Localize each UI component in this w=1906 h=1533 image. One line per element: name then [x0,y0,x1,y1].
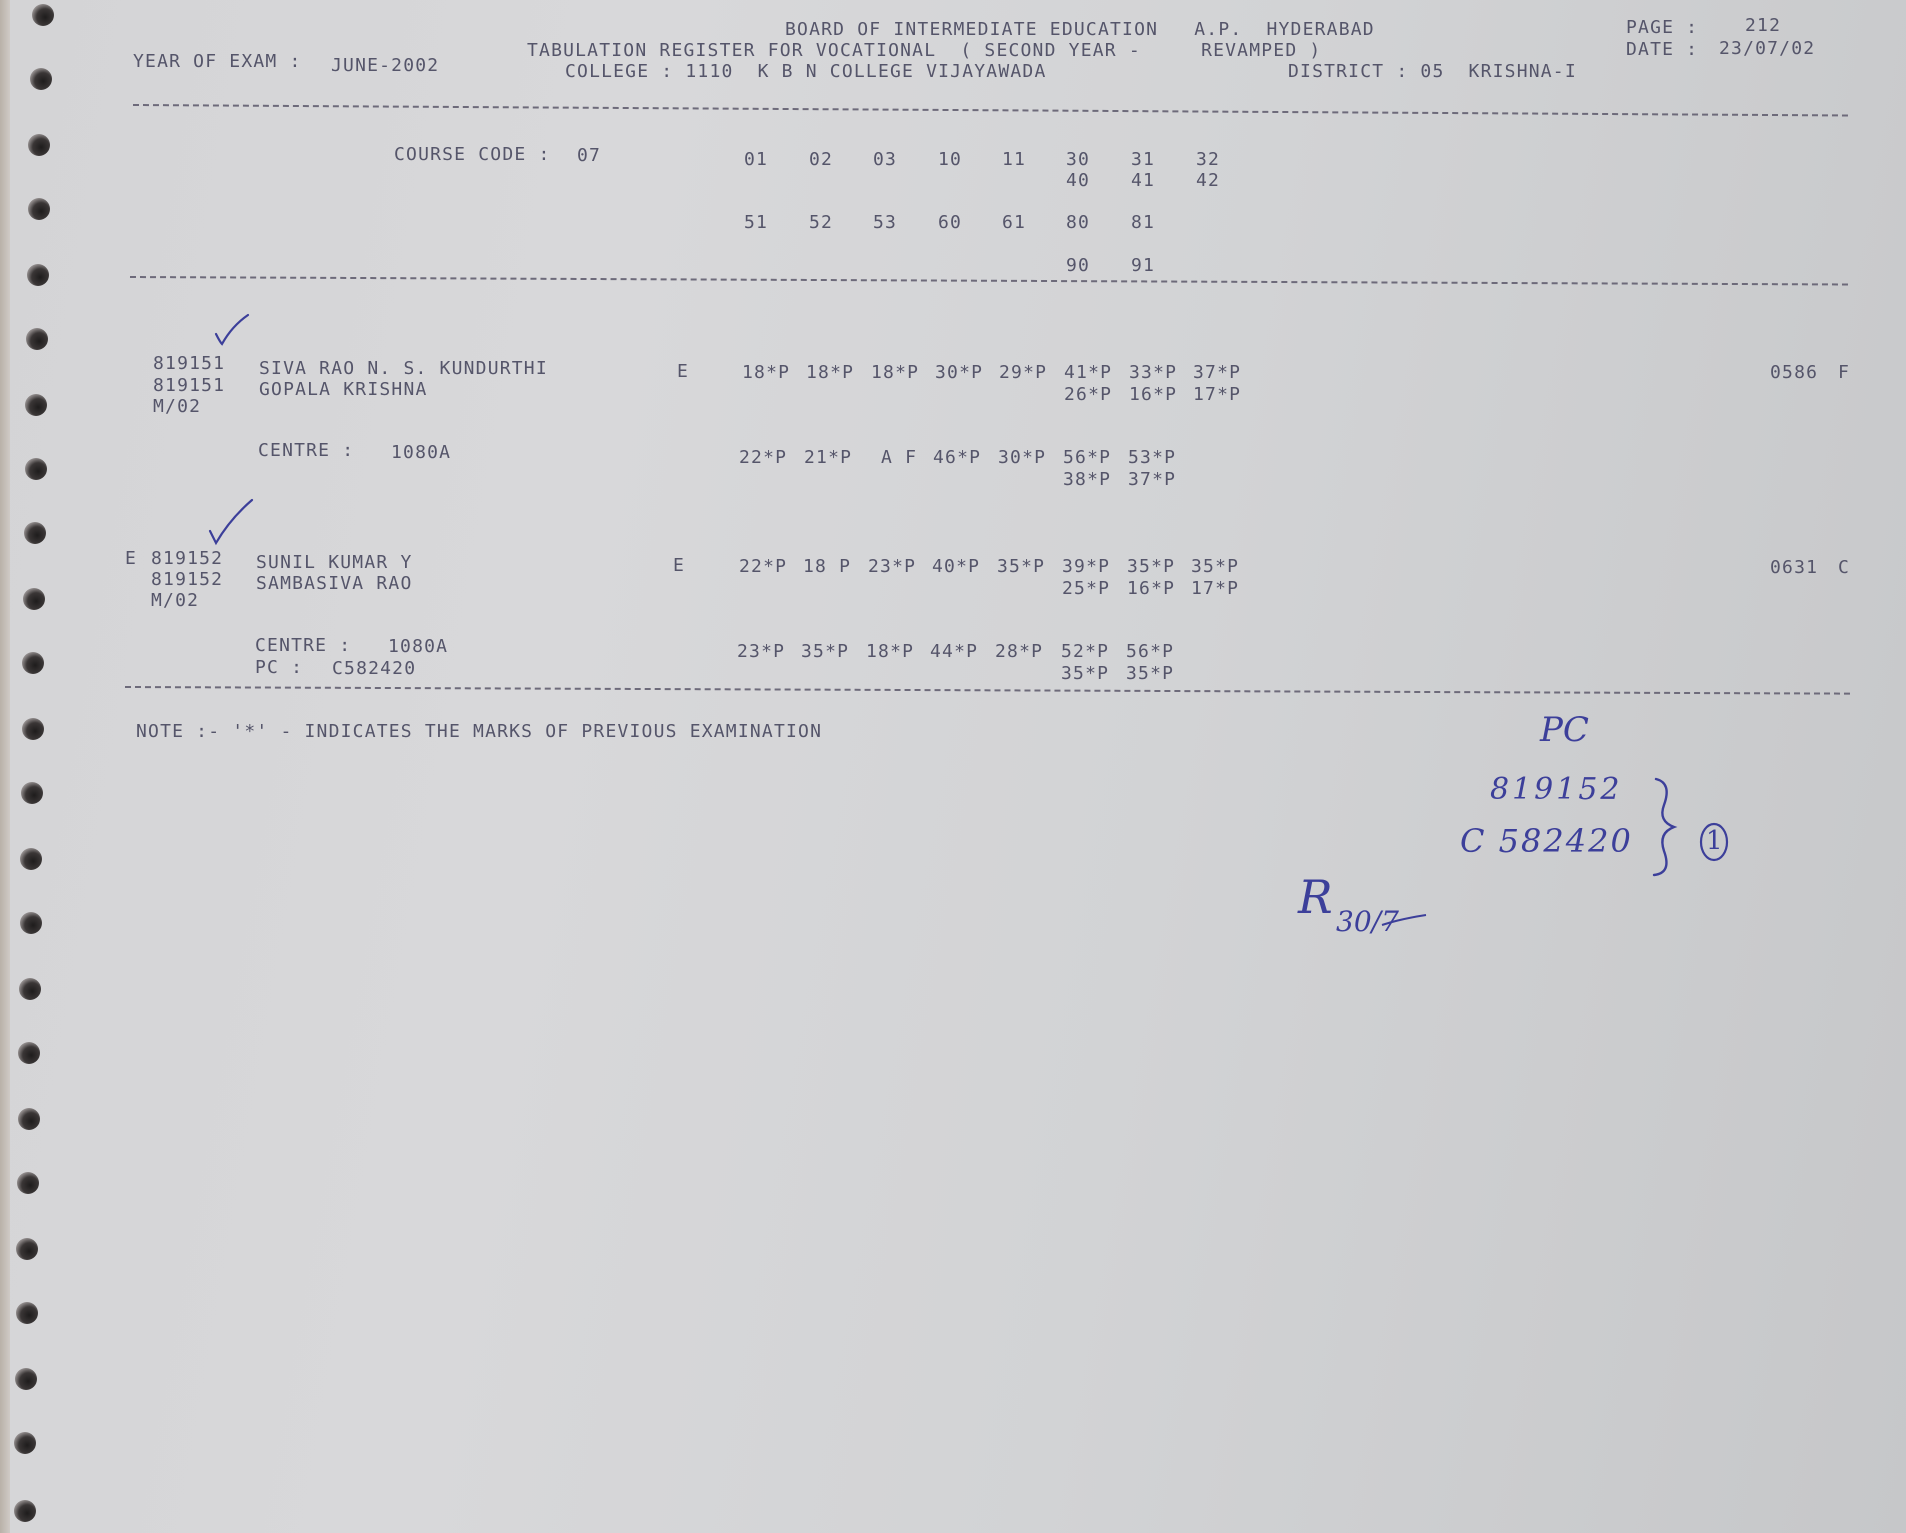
binding-hole-icon [25,394,47,416]
roll-number: 819152 [151,549,223,569]
handwritten-initials: R [1298,870,1333,924]
mark-cell: 29*P [999,363,1047,383]
mark-cell: 41*P [1064,363,1112,383]
subject-code: 51 [744,213,768,233]
date-value: 23/07/02 [1719,39,1815,59]
board-title: BOARD OF INTERMEDIATE EDUCATION A.P. HYD… [785,20,1375,40]
subject-code: 40 [1066,171,1090,191]
binding-hole-icon [22,652,44,674]
mark-cell: 40*P [932,557,980,577]
subject-code: 80 [1066,213,1090,233]
centre-label: CENTRE : [255,636,351,656]
register-title: TABULATION REGISTER FOR VOCATIONAL ( SEC… [527,41,1321,61]
mark-cell: 52*P [1061,642,1109,662]
mark-cell: 39*P [1062,557,1110,577]
handwritten-roll: 819152 [1490,772,1623,807]
binding-hole-icon [20,912,42,934]
total-marks: 0631 [1770,558,1818,578]
mark-cell: 23*P [868,557,916,577]
mark-cell: 17*P [1191,579,1239,599]
course-code-value: 07 [577,146,601,166]
subject-code: 91 [1131,256,1155,276]
mark-cell: 35*P [801,642,849,662]
binding-hole-icon [16,1238,38,1260]
subject-code: 81 [1131,213,1155,233]
subject-code: 11 [1002,150,1026,170]
father-name: GOPALA KRISHNA [259,380,428,400]
mark-cell: 56*P [1126,642,1174,662]
year-of-exam-value: JUNE-2002 [331,56,439,76]
roll-number-repeat: 819152 [151,570,223,590]
result-code: F [1838,363,1850,383]
roll-number: 819151 [153,354,225,374]
subject-code: 10 [938,150,962,170]
handwritten-count: 1 [1706,826,1723,856]
page-label: PAGE : [1626,18,1698,38]
signature-stroke-icon [1380,905,1430,935]
subject-code: 01 [744,150,768,170]
binding-hole-icon [28,134,50,156]
subject-code: 53 [873,213,897,233]
mark-cell: 35*P [997,557,1045,577]
checkmark-icon [206,497,256,547]
roll-number-repeat: 819151 [153,376,225,396]
mark-cell: 18*P [866,642,914,662]
result-code: C [1838,558,1850,578]
mark-cell: 18*P [806,363,854,383]
mark-cell: 56*P [1063,448,1111,468]
session: M/02 [153,397,201,417]
subject-code: 41 [1131,171,1155,191]
mark-cell: 37*P [1193,363,1241,383]
mark-cell: 17*P [1193,385,1241,405]
mark-cell: 22*P [739,557,787,577]
centre-label: CENTRE : [258,441,354,461]
binding-hole-icon [30,68,52,90]
binding-hole-icon [14,1500,36,1522]
subject-code: 60 [938,213,962,233]
binding-hole-icon [21,782,43,804]
page-value: 212 [1745,16,1781,36]
mark-cell: 16*P [1129,385,1177,405]
session: M/02 [151,591,199,611]
father-name: SAMBASIVA RAO [256,574,412,594]
binding-hole-icon [18,1108,40,1130]
mark-cell: 33*P [1129,363,1177,383]
mark-cell: 35*P [1126,664,1174,684]
subject-code: 03 [873,150,897,170]
binding-hole-icon [15,1368,37,1390]
mark-cell: A F [881,448,917,468]
binding-hole-icon [14,1432,36,1454]
binding-hole-icon [23,588,45,610]
footnote: NOTE :- '*' - INDICATES THE MARKS OF PRE… [136,722,822,742]
checkmark-icon [212,312,252,348]
mark-cell: 18*P [742,363,790,383]
pc-number: C582420 [332,659,416,679]
binding-hole-icon [17,1172,39,1194]
subject-code: 32 [1196,150,1220,170]
mark-cell: 37*P [1128,470,1176,490]
pc-label: PC : [255,658,303,678]
mark-cell: 26*P [1064,385,1112,405]
medium: E [677,362,689,382]
mark-cell: 25*P [1062,579,1110,599]
year-of-exam-label: YEAR OF EXAM : [133,52,302,72]
binding-hole-icon [19,978,41,1000]
mark-cell: 22*P [739,448,787,468]
mark-cell: 16*P [1127,579,1175,599]
binding-hole-icon [22,718,44,740]
binding-hole-icon [26,328,48,350]
mark-cell: 18 P [803,557,851,577]
mark-cell: 46*P [933,448,981,468]
binding-hole-icon [32,4,54,26]
mark-cell: 35*P [1061,664,1109,684]
binding-hole-icon [28,198,50,220]
mark-cell: 53*P [1128,448,1176,468]
centre-code: 1080A [391,443,451,463]
mark-cell: 44*P [930,642,978,662]
binding-hole-icon [20,848,42,870]
handwritten-pc-number: C 582420 [1460,822,1633,860]
centre-code: 1080A [388,637,448,657]
college-line: COLLEGE : 1110 K B N COLLEGE VIJAYAWADA [565,62,1046,82]
mark-cell: 30*P [998,448,1046,468]
student-name: SIVA RAO N. S. KUNDURTHI [259,359,548,379]
subject-code: 02 [809,150,833,170]
mark-cell: 18*P [871,363,919,383]
binding-hole-icon [27,264,49,286]
subject-code: 42 [1196,171,1220,191]
binding-hole-icon [16,1302,38,1324]
mark-cell: 38*P [1063,470,1111,490]
record-flag: E [125,549,137,569]
subject-code: 90 [1066,256,1090,276]
total-marks: 0586 [1770,363,1818,383]
handwritten-heading: PC [1540,710,1589,750]
mark-cell: 30*P [935,363,983,383]
mark-cell: 35*P [1191,557,1239,577]
subject-code: 30 [1066,150,1090,170]
mark-cell: 35*P [1127,557,1175,577]
curly-brace-icon [1650,775,1684,880]
date-label: DATE : [1626,40,1698,60]
subject-code: 31 [1131,150,1155,170]
district-line: DISTRICT : 05 KRISHNA-I [1288,62,1577,82]
student-name: SUNIL KUMAR Y [256,553,412,573]
binding-edge [0,0,10,1533]
medium: E [673,556,685,576]
binding-hole-icon [25,458,47,480]
binding-hole-icon [24,522,46,544]
course-code-label: COURSE CODE : [394,145,550,165]
subject-code: 61 [1002,213,1026,233]
mark-cell: 23*P [737,642,785,662]
mark-cell: 28*P [995,642,1043,662]
mark-cell: 21*P [804,448,852,468]
subject-code: 52 [809,213,833,233]
binding-hole-icon [18,1042,40,1064]
